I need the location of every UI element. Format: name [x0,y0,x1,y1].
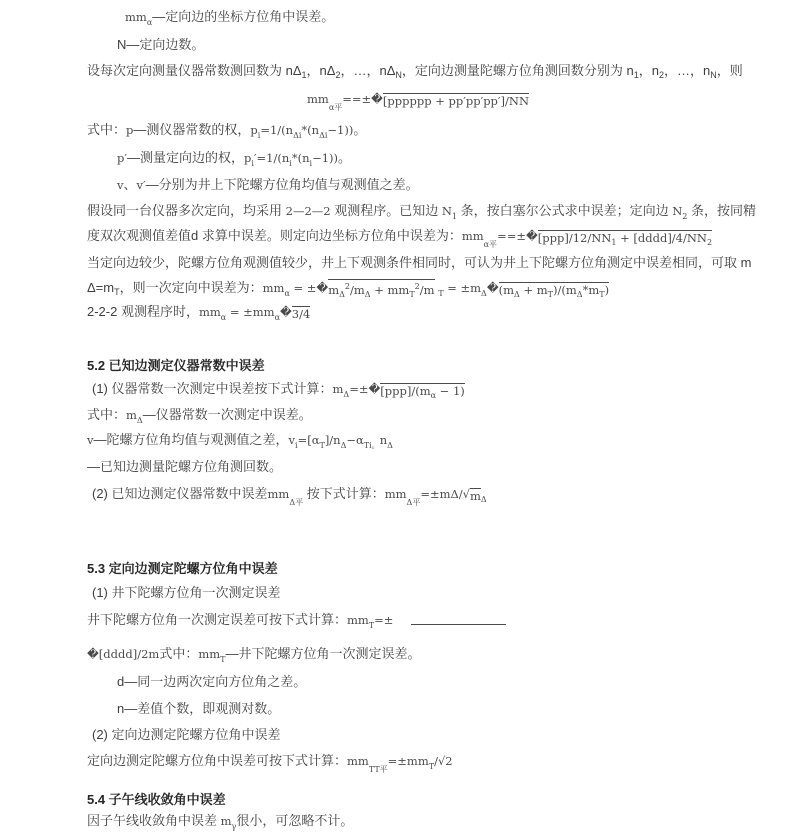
text-run: 因子午线收敛角中误差 [87,813,221,828]
formula-overline: m [470,488,481,502]
formula-run: TT平 [369,765,388,774]
formula-run: N [672,204,682,218]
formula-run: =[α [298,433,320,447]
formula-run: /m [350,283,365,297]
formula-run: mm [385,487,407,501]
text-run: 、 [124,177,137,192]
formula-run: −α [346,433,363,447]
formula-run: *(n [301,123,319,137]
formula-run: mm [268,487,290,501]
text-run: d—同一边两次定向方位角之差。 [117,674,306,689]
text-run: ，则 [717,63,743,78]
formula-run: mm [263,281,285,295]
formula-run: 2—2—2 [286,204,331,218]
text-run: Δ=m [87,280,114,295]
formula-run: + m [520,283,548,297]
formula-run: mm [347,754,369,768]
text-line-222-program: 2-2-2 观测程序时，mmα = ±mmα�3/4 [87,303,310,326]
formula-run: /m [420,283,435,297]
formula-run: =± [374,613,393,627]
formula-run: mm [347,613,369,627]
formula-run: n [380,433,387,447]
text-line-v-def: v、v′—分别为井上下陀螺方位角均值与观测值之差。 [117,176,419,194]
text-line-5-3-formula2: �[dddd]/2m式中：mmT—井下陀螺方位角一次测定误差。 [87,645,421,668]
formula-run: ==±� [342,92,383,106]
text-run: 5.2 已知边测定仪器常数中误差 [87,358,265,373]
formula-run: Δ [387,441,393,450]
formula-run: mm [462,229,484,243]
text-line-assume-2: 度双次观测值差值d 求算中误差。则定向边坐标方位角中误差为：mmα平==±�[p… [87,227,712,253]
formula-run: �[dddd]/2m [87,647,159,661]
text-line-5-3-item1: (1) 井下陀螺方位角一次测定误差 [92,584,281,601]
formula-run: + [dddd]/4/NN [616,231,707,245]
formula-run: Δ平 [289,498,303,507]
text-run: 井下陀螺方位角一次测定误差可按下式计算： [87,612,347,627]
text-run: ，…，nΔ [340,63,395,78]
formula-run: N [442,204,452,218]
section-heading-5-4: 5.4 子午线收敛角中误差 [87,791,226,808]
formula-run: p [250,123,257,137]
formula-run: T [409,290,414,299]
formula-run: mm [307,92,329,106]
text-line-5-2-shizhong: 式中：mΔ—仪器常数一次测定中误差。 [87,406,312,429]
formula-run: m [470,489,481,503]
document-page: mmα—定向边的坐标方位角中误差。N—定向边数。设每次定向测量仪器常数测回数为 … [0,0,785,832]
text-run: (2) 定向边测定陀螺方位角中误差 [92,727,281,742]
text-run: (1) 井下陀螺方位角一次测定误差 [92,585,281,600]
text-line-5-2-v-def: v—陀螺方位角均值与观测值之差，vi=[αT]/nΔ−αTi。nΔ [87,431,393,454]
text-run: —测量定向边的权， [127,150,244,165]
formula-run: Δ平 [407,498,421,507]
formula-run: p′ [117,151,127,165]
text-run: ，nΔ [307,63,336,78]
text-run: (1) 仪器常数一次测定中误差按下式计算： [92,381,333,396]
text-run: 假设同一台仪器多次定向，均采用 [87,203,286,218]
formula-run: = ±mm [226,305,274,319]
text-run: 度双次观测值差值d 求算中误差。则定向边坐标方位角中误差为： [87,228,462,243]
text-run: 按下式计算： [303,486,385,501]
formula-run: � [280,305,292,319]
text-run: N—定向边数。 [117,37,204,52]
text-line-5-3-n-def: n—差值个数，即观测对数。 [117,700,280,717]
formula-run: /√2 [434,754,453,768]
formula-run: [ppp]/12/NN [538,231,612,245]
text-run: 观测程序。已知边 [331,203,442,218]
text-run: 式中： [87,122,126,137]
text-line-n-def: N—定向边数。 [117,36,204,53]
text-run: 很小，可忽略不计。 [236,813,353,828]
formula-overline: (mΔ + mT)/(mΔ*mT) [499,282,609,301]
formula-overline [411,624,506,626]
formula-run: −1)) [312,151,338,165]
text-run: n—差值个数，即观测对数。 [117,701,280,716]
text-line-assume-1: 假设同一台仪器多次定向，均采用 2—2—2 观测程序。已知边 N1 条，按白塞尔… [87,202,756,225]
text-run: —井下陀螺方位角一次测定误差。 [225,646,420,661]
formula-run: (m [499,283,514,297]
formula-run: )/(m [553,283,577,297]
formula-run: mm [198,647,220,661]
formula-run: m [221,814,232,828]
text-run: 条，按同精 [687,203,756,218]
text-line-5-3-formula3: 定向边测定陀螺方位角中误差可按下式计算：mmTT平=±mmT/√2 [87,752,453,778]
text-line-5-2-item2: (2) 已知边测定仪器常数中误差mmΔ平 按下式计算：mmΔ平=±mΔ/√mΔ [92,485,487,511]
formula-run: =±mΔ/√ [420,487,470,501]
text-line-p-prime-def: p′—测量定向边的权，pi′=1/(ni*(ni−1))。 [117,149,351,172]
text-run: 5.4 子午线收敛角中误差 [87,792,226,807]
formula-run: =1/(n [260,123,293,137]
formula-run: 2 [707,238,712,247]
formula-run: − 1) [436,384,465,398]
text-line-5-3-d-def: d—同一边两次定向方位角之差。 [117,673,306,690]
formula-run: = ±m [444,281,482,295]
formula-run: = ±� [290,281,328,295]
formula-run: m [333,382,344,396]
text-run: 式中： [159,646,198,661]
formula-run: [pppppp + pp′pp′pp′]/NN [383,94,529,108]
formula-run: −1)) [327,123,353,137]
text-run: ，则一次定向中误差为： [120,280,263,295]
text-line-few-edges-1: 当定向边较少，陀螺方位角观测值较少，井上下观测条件相同时，可认为井上下陀螺方位角… [87,254,751,271]
formula-run: ′=1/(n [254,151,289,165]
spacer [393,611,411,628]
text-run: —已知边测量陀螺方位角测回数。 [87,459,282,474]
formula-run: v′ [137,178,146,192]
formula-run: m [328,283,339,297]
formula-overline: [pppppp + pp′pp′pp′]/NN [383,93,529,107]
formula-run: ]/n [325,433,341,447]
formula-overline: 3/4 [292,306,311,320]
text-line-few-edges-2: Δ=mT，则一次定向中误差为：mmα = ±�mΔ2/mΔ + mmT2/m T… [87,279,609,302]
text-run: —陀螺方位角均值与观测值之差， [94,432,289,447]
text-line-m-alpha-def: mmα—定向边的坐标方位角中误差。 [125,8,334,31]
text-run: 5.3 定向边测定陀螺方位角中误差 [87,561,278,576]
formula-run: ) [605,283,610,297]
section-heading-5-3: 5.3 定向边测定陀螺方位角中误差 [87,560,278,577]
formula-run: + mm [371,283,410,297]
formula-run: =±� [349,382,380,396]
text-line-5-2-item1: (1) 仪器常数一次测定中误差按下式计算：mΔ=±�[ppp]/(mα − 1) [92,380,465,403]
formula-run: Ti。 [364,441,380,450]
text-run: ，…，n [664,63,710,78]
formula-run: ==±� [497,229,538,243]
formula-run: [ppp]/(m [380,384,430,398]
text-line-5-3-formula1: 井下陀螺方位角一次测定误差可按下式计算：mmT=± [87,611,506,634]
text-line-5-4-body: 因子午线收敛角中误差 mγ很小，可忽略不计。 [87,812,353,832]
formula-run: � [487,281,499,295]
text-run: 2-2-2 观测程序时， [87,304,199,319]
text-run: 式中： [87,407,126,422]
text-run: 定向边测定陀螺方位角中误差可按下式计算： [87,753,347,768]
section-heading-5-2: 5.2 已知边测定仪器常数中误差 [87,357,265,374]
text-run: —定向边的坐标方位角中误差。 [152,9,334,24]
formula-run: Δ [339,290,345,299]
text-run: (2) 已知边测定仪器常数中误差 [92,486,268,501]
text-run: 条，按白塞尔公式求中误差；定向边 [457,203,672,218]
formula-run: *(n [292,151,310,165]
formula-overline: mΔ2/mΔ + mmT2/m [328,279,434,301]
text-run: —仪器常数一次测定中误差。 [143,407,312,422]
formula-overline: [ppp]/12/NN1 + [dddd]/4/NN2 [538,230,712,249]
text-run: 设每次定向测量仪器常数测回数为 nΔ [87,63,302,78]
formula-line-mean-azimuth: mmα平==±�[pppppp + pp′pp′pp′]/NN [307,90,529,116]
text-run: ，n [639,63,659,78]
formula-run: m [126,408,137,422]
formula-run: α平 [484,240,497,249]
formula-run: mm [199,305,221,319]
formula-run: *m [583,283,600,297]
formula-overline: [ppp]/(mα − 1) [380,383,464,402]
text-run: 。 [353,122,366,137]
text-run: —测仪器常数的权， [133,122,250,137]
text-line-5-3-item2: (2) 定向边测定陀螺方位角中误差 [92,726,281,743]
formula-run: 3/4 [292,307,311,321]
text-run: —分别为井上下陀螺方位角均值与观测值之差。 [146,177,419,192]
formula-run: mm [125,10,147,24]
text-run: 。 [338,150,351,165]
formula-run: =±mm [388,754,429,768]
text-line-p-def: 式中：p—测仪器常数的权，pi=1/(nΔi*(nΔi−1))。 [87,121,366,144]
text-line-setup: 设每次定向测量仪器常数测回数为 nΔ1，nΔ2，…，nΔN，定向边测量陀螺方位角… [87,62,743,84]
text-line-5-2-rounds: —已知边测量陀螺方位角测回数。 [87,458,282,475]
text-run: ，定向边测量陀螺方位角测回数分别为 n [402,63,634,78]
formula-run: Δ [481,495,487,504]
text-run: 当定向边较少，陀螺方位角观测值较少，井上下观测条件相同时，可认为井上下陀螺方位角… [87,255,751,270]
formula-run: α平 [329,103,342,112]
